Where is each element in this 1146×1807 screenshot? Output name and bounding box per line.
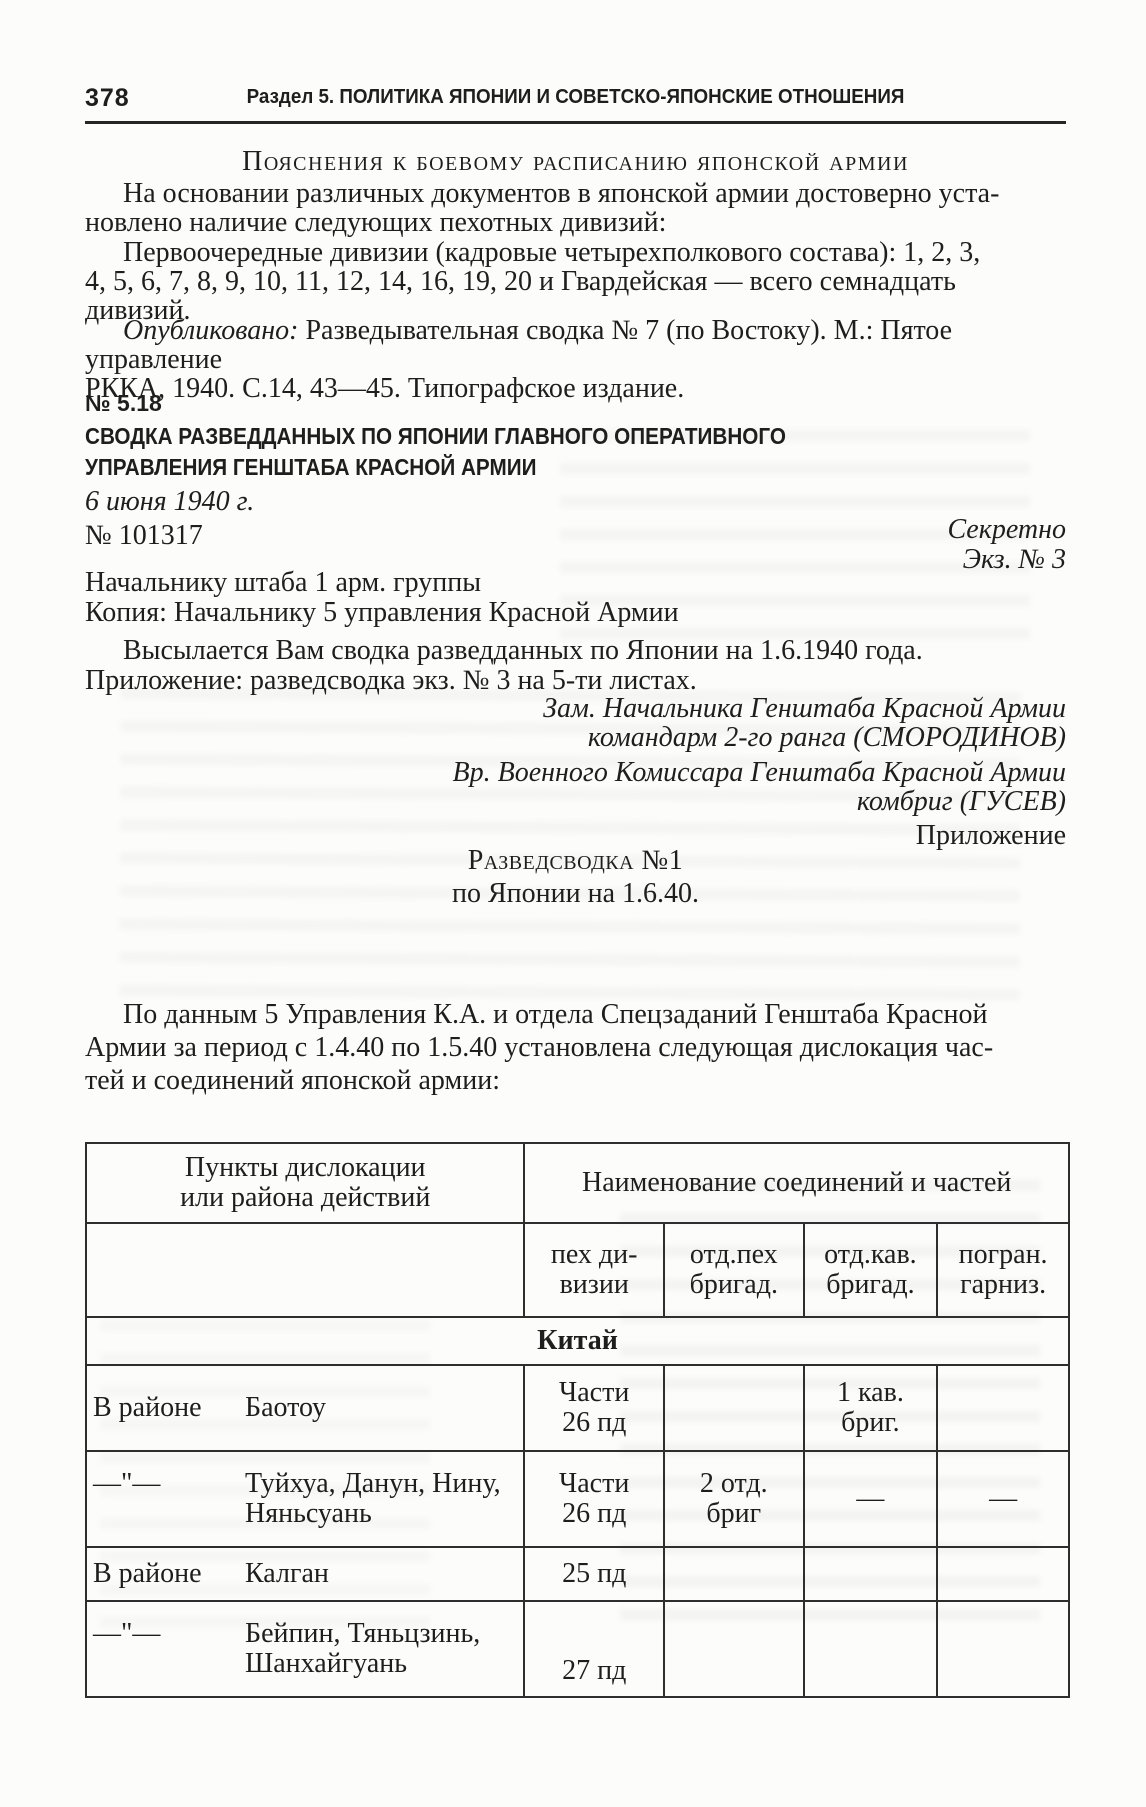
page-header: 378 Раздел 5. ПОЛИТИКА ЯПОНИИ И СОВЕТСКО…	[85, 86, 1066, 109]
report-title: Разведсводка №1	[85, 845, 1066, 877]
table-row: В районе Калган 25 пд	[86, 1547, 1069, 1601]
inf-division-cell: Части 26 пд	[524, 1365, 664, 1451]
section-label: Китай	[86, 1317, 1069, 1365]
col-header-inf-divisions: пех ди- визии	[524, 1223, 664, 1317]
document-date: 6 июня 1940 г.	[85, 486, 1066, 518]
header-rule	[85, 121, 1066, 124]
signature-block: Зам. Начальника Генштаба Красной Армии к…	[85, 694, 1066, 816]
col-header-units-group: Наименование соединений и частей	[524, 1143, 1069, 1223]
inf-brigade-cell	[664, 1547, 804, 1601]
cav-brigade-cell: —	[804, 1451, 938, 1547]
ditto-mark: —"—	[93, 1619, 245, 1649]
location-cell: —"— Бейпин, Тяньцзинь, Шанхайгуань	[86, 1601, 524, 1697]
addressee-block: Начальнику штаба 1 арм. группы Копия: На…	[85, 568, 1066, 628]
area-label: В районе	[93, 1559, 245, 1589]
running-header-title: Раздел 5. ПОЛИТИКА ЯПОНИИ И СОВЕТСКО-ЯПО…	[114, 86, 1036, 109]
col-header-inf-brigades: отд.пех бригад.	[664, 1223, 804, 1317]
section-heading: Пояснения к боевому расписанию японской …	[85, 146, 1066, 178]
report-lead-paragraph: По данным 5 Управления К.А. и отдела Спе…	[85, 998, 1066, 1097]
dislocation-table: Пункты дислокации или района действий На…	[85, 1142, 1070, 1698]
document-title: СВОДКА РАЗВЕДДАННЫХ ПО ЯПОНИИ ГЛАВНОГО О…	[85, 421, 968, 483]
cav-brigade-cell	[804, 1601, 938, 1697]
signature-title: Зам. Начальника Генштаба Красной Армии	[85, 694, 1066, 723]
inf-brigade-cell	[664, 1601, 804, 1697]
addressee-copy-line: Копия: Начальнику 5 управления Красной А…	[85, 598, 1066, 628]
location-cell: В районе Баотоу	[86, 1365, 524, 1451]
area-label: В районе	[93, 1393, 245, 1423]
location-cell: В районе Калган	[86, 1547, 524, 1601]
inf-division-cell: 27 пд	[524, 1601, 664, 1697]
intro-paragraph-2: Первоочередные дивизии (кадровые четырех…	[85, 238, 1066, 325]
secrecy-stamp: Секретно	[947, 515, 1066, 545]
document-body: Высылается Вам сводка разведданных по Яп…	[85, 636, 1066, 696]
border-garrison-cell	[937, 1365, 1069, 1451]
inf-brigade-cell: 2 отд. бриг	[664, 1451, 804, 1547]
body-line: Высылается Вам сводка разведданных по Яп…	[85, 636, 1066, 666]
table-row: —"— Бейпин, Тяньцзинь, Шанхайгуань 27 пд	[86, 1601, 1069, 1697]
col-header-empty	[86, 1223, 524, 1317]
place-names: Туйхуа, Данун, Нину, Няньсуань	[245, 1469, 519, 1529]
col-header-location: Пункты дислокации или района действий	[86, 1143, 524, 1223]
cav-brigade-cell: 1 кав. бриг.	[804, 1365, 938, 1451]
reference-number: № 101317	[85, 520, 203, 552]
border-garrison-cell	[937, 1601, 1069, 1697]
table-section-row: Китай	[86, 1317, 1069, 1365]
place-names: Бейпин, Тяньцзинь, Шанхайгуань	[245, 1619, 519, 1679]
dislocation-table-wrap: Пункты дислокации или района действий На…	[85, 1142, 1070, 1698]
intro-paragraph-1: На основании различных документов в япон…	[85, 179, 1066, 237]
secrecy-block: Секретно Экз. № 3	[947, 515, 1066, 575]
location-cell: —"— Туйхуа, Данун, Нину, Няньсуань	[86, 1451, 524, 1547]
inf-brigade-cell	[664, 1365, 804, 1451]
inf-division-cell: Части 26 пд	[524, 1451, 664, 1547]
signature-title: Вр. Военного Комиссара Генштаба Красной …	[85, 758, 1066, 787]
publication-label: Опубликовано:	[123, 315, 298, 346]
signature-name: комбриг (ГУСЕВ)	[85, 787, 1066, 816]
ditto-mark: —"—	[93, 1469, 245, 1499]
scanned-book-page: 378 Раздел 5. ПОЛИТИКА ЯПОНИИ И СОВЕТСКО…	[0, 0, 1146, 1807]
place-names: Калган	[245, 1559, 519, 1589]
attachment-line: Приложение: разведсводка экз. № 3 на 5-т…	[85, 666, 1066, 696]
table-header-row-1: Пункты дислокации или района действий На…	[86, 1143, 1069, 1223]
addressee-line: Начальнику штаба 1 арм. группы	[85, 568, 1066, 598]
col-header-border-garrisons: погран. гарниз.	[937, 1223, 1069, 1317]
inf-division-cell: 25 пд	[524, 1547, 664, 1601]
border-garrison-cell	[937, 1547, 1069, 1601]
col-header-cav-brigades: отд.кав. бригад.	[804, 1223, 938, 1317]
table-row: В районе Баотоу Части 26 пд 1 кав. бриг.	[86, 1365, 1069, 1451]
signature-name: командарм 2-го ранга (СМОРОДИНОВ)	[85, 723, 1066, 752]
table-row: —"— Туйхуа, Данун, Нину, Няньсуань Части…	[86, 1451, 1069, 1547]
border-garrison-cell: —	[937, 1451, 1069, 1547]
place-names: Баотоу	[245, 1393, 519, 1423]
report-subtitle: по Японии на 1.6.40.	[85, 878, 1066, 910]
cav-brigade-cell	[804, 1547, 938, 1601]
table-header-row-2: пех ди- визии отд.пех бригад. отд.кав. б…	[86, 1223, 1069, 1317]
document-number: № 5.18	[85, 390, 1066, 417]
